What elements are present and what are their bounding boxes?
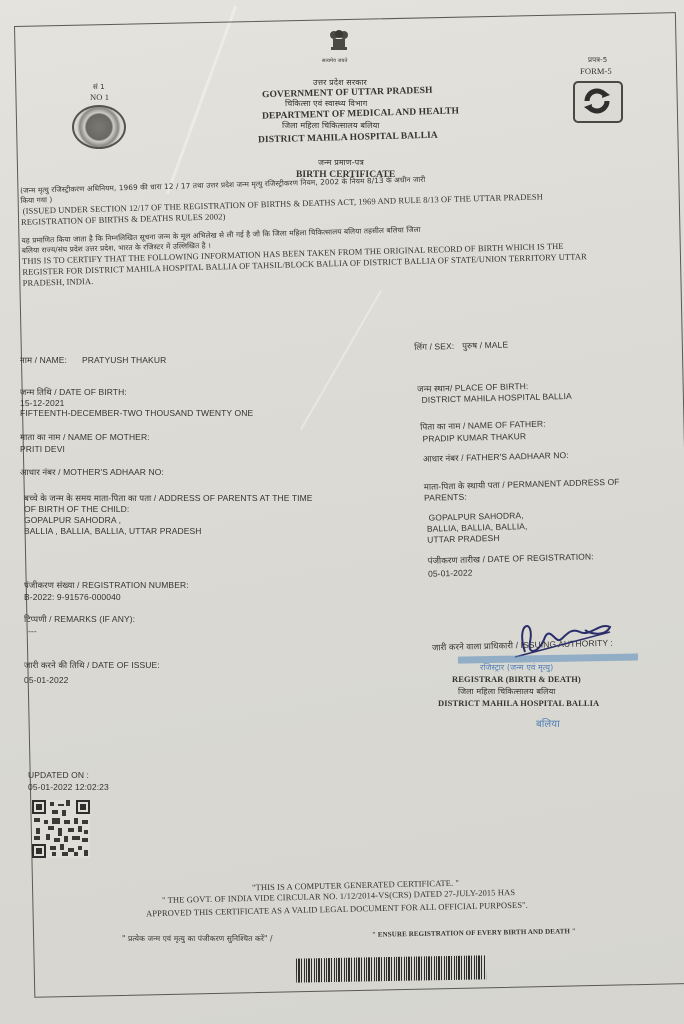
stamp-registrar-hindi: रजिस्ट्रार (जन्म एवं मृत्यु) [480, 662, 553, 673]
stamp-registrar: REGISTRAR (BIRTH & DEATH) [452, 674, 581, 684]
perm-address-line3: UTTAR PRADESH [427, 533, 500, 545]
hospital-name-hindi: जिला महिला चिकित्सालय बलिया [282, 120, 379, 131]
birth-address-label-2: OF BIRTH OF THE CHILD: [24, 504, 129, 514]
name-label: नाम / NAME: [20, 355, 67, 366]
sex-value: पुरुष / MALE [462, 340, 508, 352]
updated-on-label: UPDATED ON : [28, 770, 89, 780]
serial-no: NO 1 [90, 92, 109, 102]
recycle-logo-icon [573, 81, 623, 123]
stamp-hospital: DISTRICT MAHILA HOSPITAL BALLIA [438, 698, 599, 708]
mother-aadhaar-label: आधार नंबर / MOTHER'S ADHAAR NO: [20, 467, 164, 478]
issue-date: 05-01-2022 [24, 675, 68, 685]
reg-number: B-2022: 9-91576-000040 [24, 592, 121, 602]
perm-address-label-2: PARENTS: [424, 492, 467, 503]
up-govt-seal-icon [72, 105, 126, 149]
mother-name: PRITI DEVI [20, 444, 65, 454]
certificate-paper: सत्यमेव जयते उत्तर प्रदेश सरकार GOVERNME… [0, 0, 684, 1024]
ensure-registration-hindi: " प्रत्येक जन्म एवं मृत्यु का पंजीकरण सु… [122, 934, 273, 944]
dob-label: जन्म तिथि / DATE OF BIRTH: [20, 387, 127, 398]
form-number: FORM-5 [580, 66, 612, 76]
certificate-title-hindi: जन्म प्रमाण-पत्र [318, 157, 364, 168]
serial-no-hindi: सं 1 [93, 83, 105, 92]
mother-name-label: माता का नाम / NAME OF MOTHER: [20, 432, 150, 443]
reg-number-label: पंजीकरण संख्या / REGISTRATION NUMBER: [24, 580, 189, 591]
remarks-label: टिप्पणी / REMARKS (IF ANY): [24, 614, 135, 625]
sex-label: लिंग / SEX: [414, 341, 454, 353]
qr-code-icon [32, 800, 90, 858]
issue-date-label: जारी करने की तिथि / DATE OF ISSUE: [24, 660, 160, 671]
remarks-value: --- [28, 626, 37, 636]
certify-statement-3: PRADESH, INDIA. [23, 276, 94, 288]
form-number-hindi: प्रपत्र-5 [588, 56, 607, 65]
stamp-hospital-hindi: जिला महिला चिकित्सालय बलिया [458, 686, 555, 697]
stamp-city-hindi: बलिया [536, 716, 560, 730]
dept-name-hindi: चिकित्सा एवं स्वास्थ्य विभाग [285, 98, 367, 109]
birth-address-label: बच्चे के जन्म के समय माता-पिता का पता / … [24, 493, 313, 504]
emblem-caption: सत्यमेव जयते [322, 58, 347, 64]
birth-address-line2: BALLIA , BALLIA, BALLIA, UTTAR PRADESH [24, 526, 202, 536]
reg-date: 05-01-2022 [428, 568, 473, 579]
national-emblem-icon [326, 28, 352, 58]
birth-address-line1: GOPALPUR SAHODRA , [24, 515, 121, 525]
dob-words: FIFTEENTH-DECEMBER-TWO THOUSAND TWENTY O… [20, 408, 253, 418]
child-name: PRATYUSH THAKUR [82, 355, 166, 365]
dob-value: 15-12-2021 [20, 398, 64, 408]
govt-name-hindi: उत्तर प्रदेश सरकार [313, 77, 367, 88]
barcode-icon [296, 955, 486, 982]
updated-on-value: 05-01-2022 12:02:23 [28, 782, 109, 792]
